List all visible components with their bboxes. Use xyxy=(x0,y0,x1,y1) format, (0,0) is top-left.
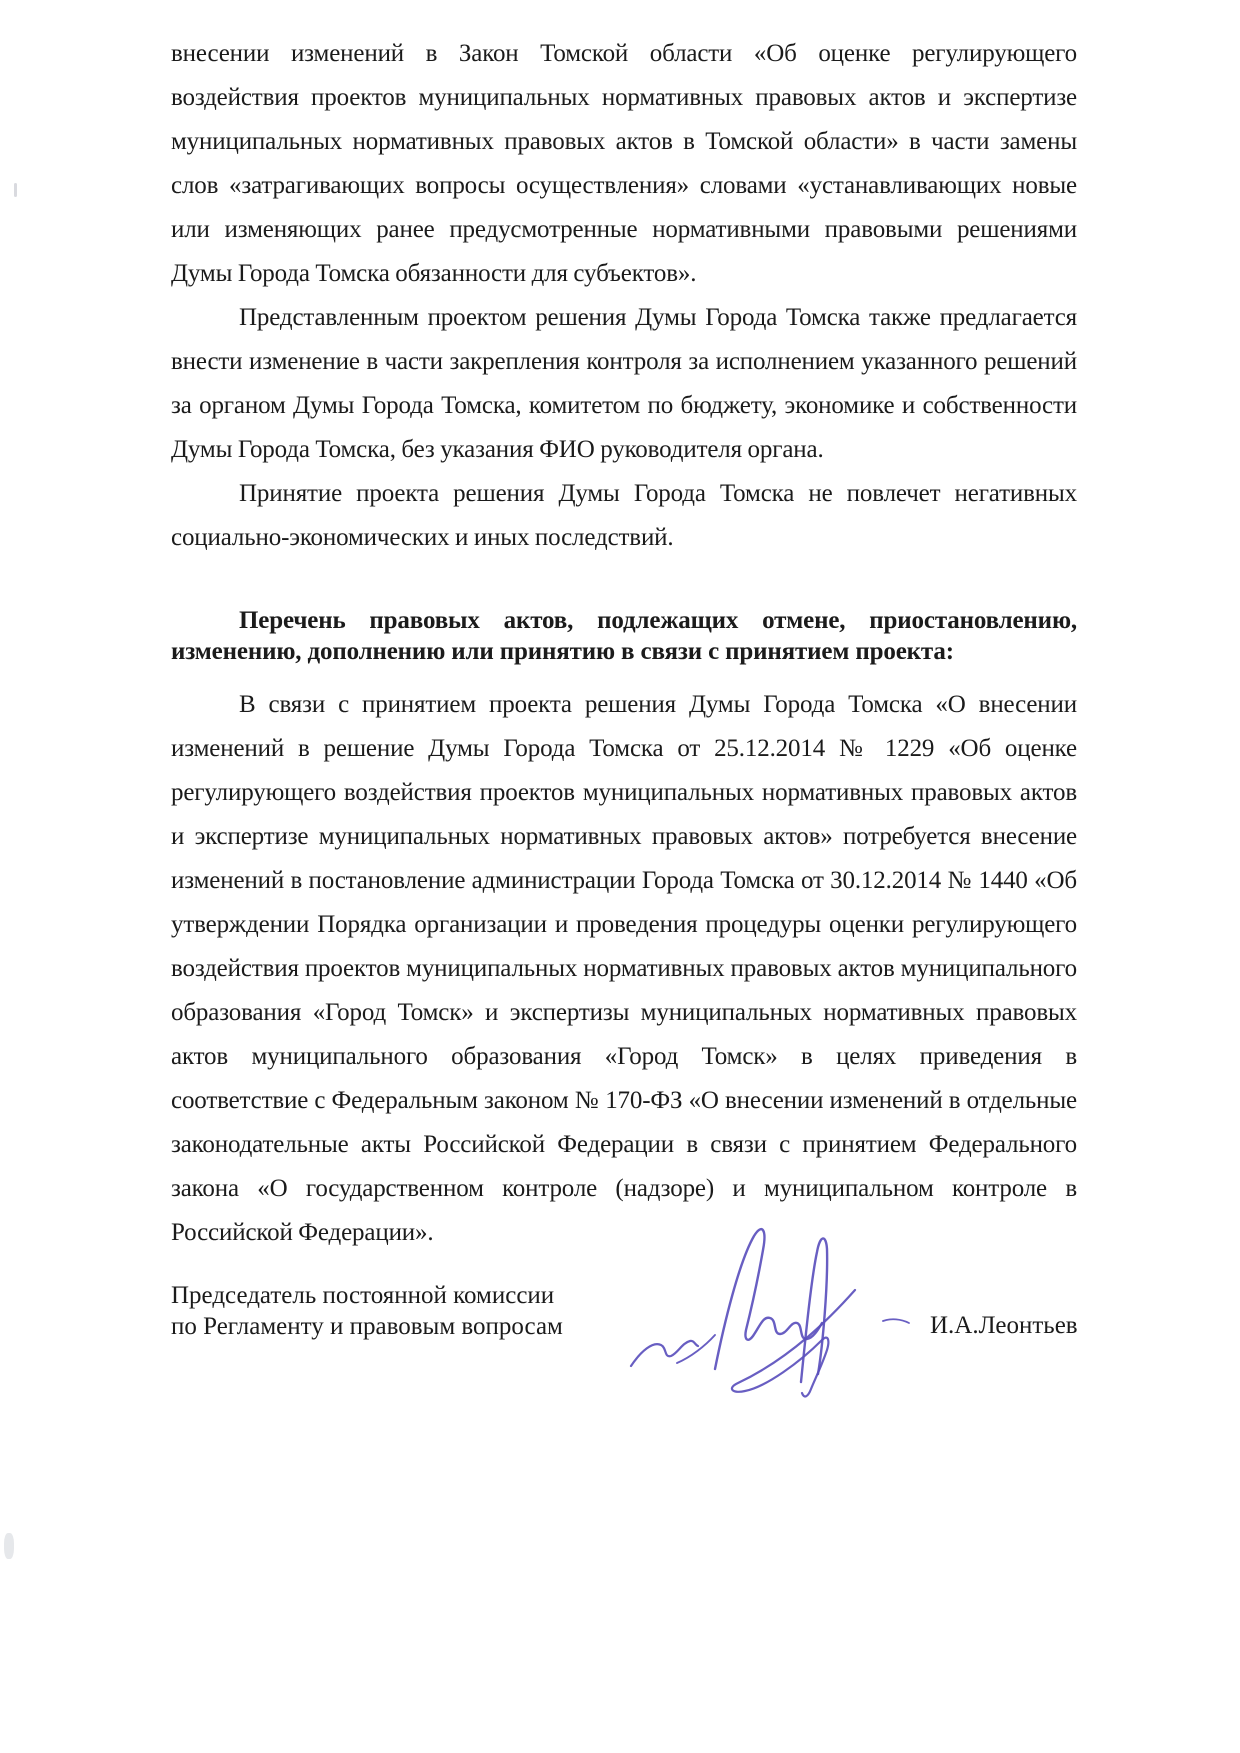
paragraph-consequences: Принятие проекта решения Думы Города Том… xyxy=(171,472,1077,560)
signatory-position-line-2: по Регламенту и правовым вопросам xyxy=(171,1311,563,1342)
signatory-name: И.А.Леонтьев xyxy=(930,1310,1078,1341)
paragraph-legal-acts-list: В связи с принятием проекта решения Думы… xyxy=(171,683,1077,1255)
handwritten-signature-ink xyxy=(615,1222,915,1407)
section-heading-legal-acts: Перечень правовых актов, подлежащих отме… xyxy=(171,605,1077,667)
signatory-position-title: Председатель постоянной комиссии по Регл… xyxy=(171,1280,563,1342)
paragraph-continuation: внесении изменений в Закон Томской облас… xyxy=(171,32,1077,296)
document-text-block: внесении изменений в Закон Томской облас… xyxy=(171,32,1077,1255)
paragraph-control-amendment: Представленным проектом решения Думы Гор… xyxy=(171,296,1077,472)
scanned-document-page: внесении изменений в Закон Томской облас… xyxy=(0,0,1240,1753)
signatory-position-line-1: Председатель постоянной комиссии xyxy=(171,1280,563,1311)
scan-artifact xyxy=(14,183,17,197)
scan-artifact xyxy=(4,1533,14,1559)
